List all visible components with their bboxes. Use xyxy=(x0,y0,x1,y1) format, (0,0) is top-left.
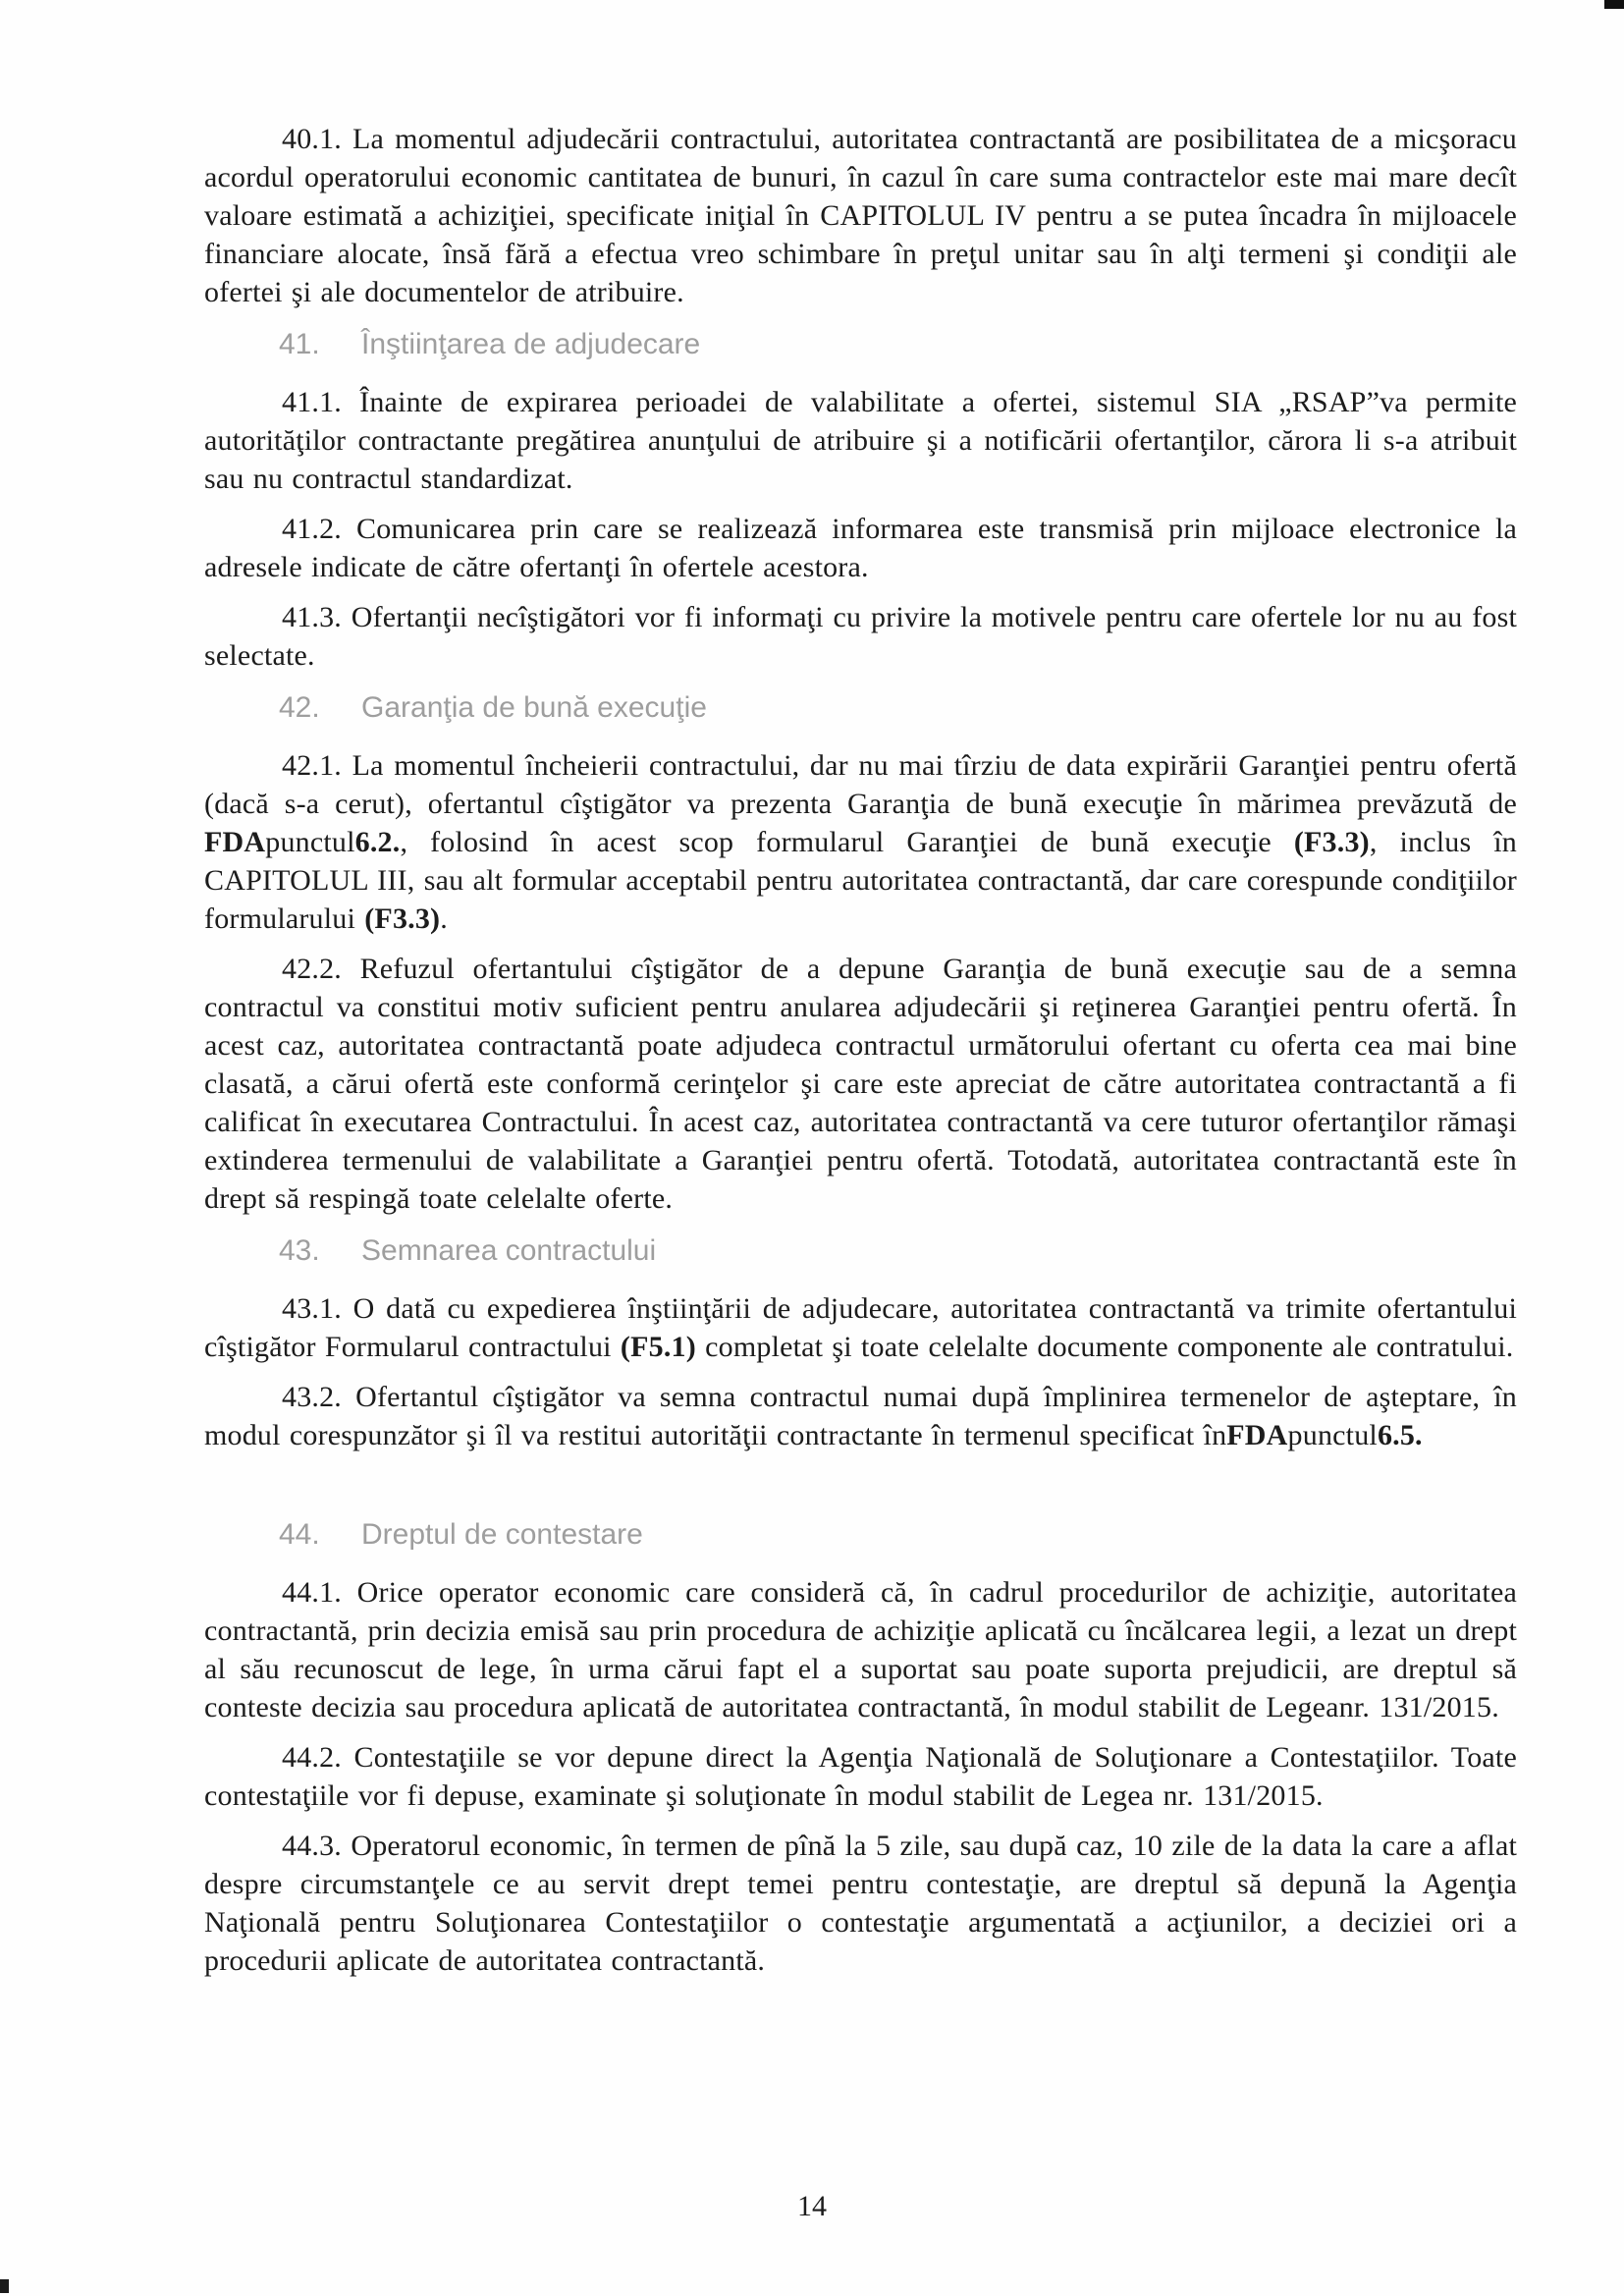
section-number: 42. xyxy=(279,688,361,727)
paragraph: 43.2. Ofertantul cîştigător va semna con… xyxy=(204,1378,1517,1454)
paragraph: 42.2. Refuzul ofertantului cîştigător de… xyxy=(204,950,1517,1218)
page-number: 14 xyxy=(0,2190,1624,2223)
text-run: (F3.3) xyxy=(364,902,440,935)
text-run: (F3.3) xyxy=(1294,826,1370,858)
text-run: . xyxy=(440,902,448,935)
text-run: FDA xyxy=(1226,1419,1287,1451)
text-run: punctul xyxy=(265,826,354,858)
text-run: 42.2. Refuzul ofertantului cîştigător de… xyxy=(204,953,1517,1215)
scan-artifact-top-right xyxy=(1604,0,1624,9)
section-number: 43. xyxy=(279,1231,361,1270)
text-run: 41.3. Ofertanţii necîştigători vor fi in… xyxy=(204,601,1517,672)
section-heading: 44.Dreptul de contestare xyxy=(204,1515,1517,1554)
section-number: 41. xyxy=(279,325,361,363)
text-run: 44.1. Orice operator economic care consi… xyxy=(204,1576,1517,1723)
section-heading: 41.Înştiinţarea de adjudecare xyxy=(204,325,1517,363)
text-run: FDA xyxy=(204,826,265,858)
text-run: punctul xyxy=(1288,1419,1378,1451)
scan-artifact-bottom-left xyxy=(0,2279,9,2293)
text-run: 41.2. Comunicarea prin care se realizeaz… xyxy=(204,513,1517,583)
text-run: completat şi toate celelalte documente c… xyxy=(696,1331,1514,1363)
section-heading: 43.Semnarea contractului xyxy=(204,1231,1517,1270)
text-run: (F5.1) xyxy=(621,1331,696,1363)
text-run: 42.1. La momentul încheierii contractulu… xyxy=(204,749,1517,820)
text-run: 44.3. Operatorul economic, în termen de … xyxy=(204,1830,1517,1977)
section-heading: 42.Garanţia de bună execuţie xyxy=(204,688,1517,727)
paragraph: 41.3. Ofertanţii necîştigători vor fi in… xyxy=(204,598,1517,675)
paragraph: 41.1. Înainte de expirarea perioadei de … xyxy=(204,383,1517,498)
text-run: 41.1. Înainte de expirarea perioadei de … xyxy=(204,386,1517,495)
text-run: 6.5. xyxy=(1378,1419,1423,1451)
text-run: 44.2. Contestaţiile se vor depune direct… xyxy=(204,1741,1517,1812)
paragraph: 44.2. Contestaţiile se vor depune direct… xyxy=(204,1738,1517,1815)
section-title: Dreptul de contestare xyxy=(361,1518,643,1551)
section-title: Garanţia de bună execuţie xyxy=(361,691,707,724)
section-title: Semnarea contractului xyxy=(361,1234,656,1267)
paragraph: 44.3. Operatorul economic, în termen de … xyxy=(204,1827,1517,1980)
paragraph: 43.1. O dată cu expedierea înştiinţării … xyxy=(204,1289,1517,1366)
paragraph: 40.1. La momentul adjudecării contractul… xyxy=(204,120,1517,311)
document-page: 40.1. La momentul adjudecării contractul… xyxy=(0,0,1624,2296)
text-run: 40.1. La momentul adjudecării contractul… xyxy=(204,123,1517,308)
text-run: 6.2. xyxy=(355,826,401,858)
section-title: Înştiinţarea de adjudecare xyxy=(361,328,700,360)
paragraph: 44.1. Orice operator economic care consi… xyxy=(204,1573,1517,1726)
text-run: , folosind în acest scop formularul Gara… xyxy=(400,826,1293,858)
document-content: 40.1. La momentul adjudecării contractul… xyxy=(204,120,1517,1992)
paragraph: 42.1. La momentul încheierii contractulu… xyxy=(204,746,1517,938)
section-number: 44. xyxy=(279,1515,361,1554)
paragraph: 41.2. Comunicarea prin care se realizeaz… xyxy=(204,510,1517,586)
